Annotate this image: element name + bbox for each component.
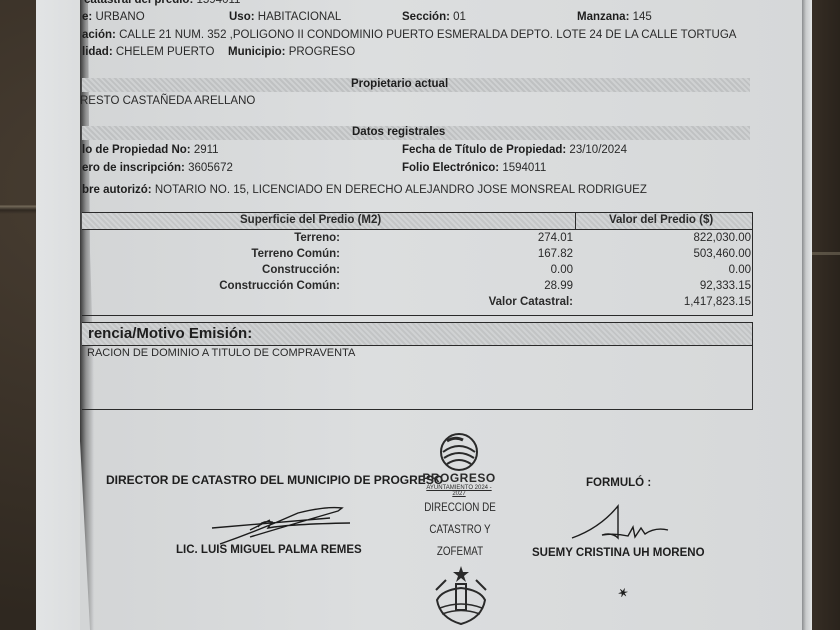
- stamp-subtitle: AYUNTAMIENTO 2024 - 2027: [420, 485, 498, 497]
- stamp-line-3: ZOFEMAT: [422, 544, 497, 558]
- stamp-line-1: DIRECCION DE: [422, 500, 497, 514]
- progreso-logo-icon: [0, 0, 840, 630]
- stamp-brand: PROGRESO: [420, 471, 498, 485]
- document-content: catastral del predio: 1594011 e: URBANO …: [0, 0, 840, 630]
- stamp-line-2: CATASTRO Y: [422, 522, 497, 536]
